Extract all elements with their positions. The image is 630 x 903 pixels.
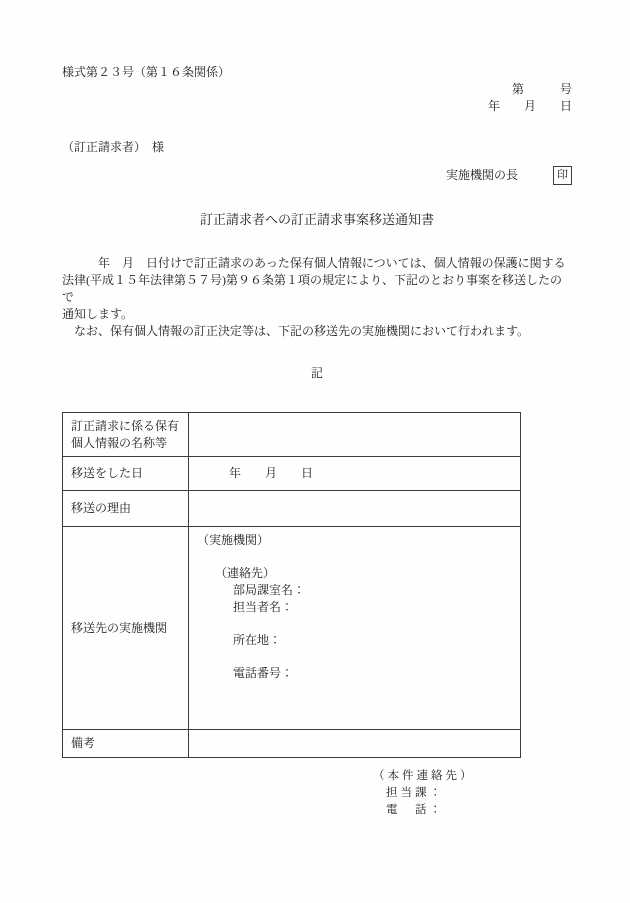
contact-footer: （本件連絡先） 担当課： 電 話： bbox=[373, 768, 572, 819]
body-paragraph: 年 月 日付けで訂正請求のあった保有個人情報については、個人情報の保護に関する … bbox=[62, 255, 572, 340]
agency-line-implementing-org: （実施機関） bbox=[197, 532, 512, 549]
table-row-remarks: 備考 bbox=[63, 730, 521, 758]
body-line: なお、保有個人情報の訂正決定等は、下記の移送先の実施機関において行われます。 bbox=[62, 323, 572, 340]
agency-line-person: 担当者名： bbox=[197, 599, 512, 616]
row-label-transfer-date: 移送をした日 bbox=[63, 457, 189, 491]
row-value-remarks bbox=[189, 730, 521, 758]
row-value-destination-agency: （実施機関） （連絡先） 部局課室名： 担当者名： 所在地： 電話番号： bbox=[189, 527, 521, 730]
table-row-destination-agency: 移送先の実施機関 （実施機関） （連絡先） 部局課室名： 担当者名： 所在地： … bbox=[63, 527, 521, 730]
row-value-info-name bbox=[189, 413, 521, 457]
agency-line-blank bbox=[197, 616, 512, 632]
doc-date: 年 月 日 bbox=[62, 98, 572, 115]
row-label-remarks: 備考 bbox=[63, 730, 189, 758]
contact-header: （本件連絡先） bbox=[373, 768, 572, 785]
row-label-transfer-reason: 移送の理由 bbox=[63, 491, 189, 527]
row-label-info-name: 訂正請求に係る保有個人情報の名称等 bbox=[63, 413, 189, 457]
table-row-transfer-date: 移送をした日 年 月 日 bbox=[63, 457, 521, 491]
contact-department: 担当課： bbox=[386, 785, 572, 802]
page-title: 訂正請求者への訂正請求事案移送通知書 bbox=[62, 211, 572, 228]
agency-line-blank bbox=[197, 649, 512, 665]
issuer-label: 実施機関の長 bbox=[446, 168, 518, 182]
seal-box: 印 bbox=[553, 166, 572, 185]
doc-number: 第 号 bbox=[62, 81, 572, 98]
body-line: 年 月 日付けで訂正請求のあった保有個人情報については、個人情報の保護に関する bbox=[62, 255, 572, 272]
form-number: 様式第２３号（第１６条関係） bbox=[62, 64, 572, 81]
row-label-destination-agency: 移送先の実施機関 bbox=[63, 527, 189, 730]
row-value-transfer-date: 年 月 日 bbox=[189, 457, 521, 491]
document-page: 様式第２３号（第１６条関係） 第 号 年 月 日 （訂正請求者） 様 実施機関の… bbox=[0, 0, 630, 903]
agency-line-department: 部局課室名： bbox=[197, 582, 512, 599]
contact-phone: 電 話： bbox=[386, 802, 572, 819]
addressee: （訂正請求者） 様 bbox=[62, 139, 572, 156]
table-row-transfer-reason: 移送の理由 bbox=[63, 491, 521, 527]
body-line: 通知します。 bbox=[62, 306, 572, 323]
ki-marker: 記 bbox=[62, 365, 572, 382]
agency-line-contact: （連絡先） bbox=[197, 565, 512, 582]
table-row-info-name: 訂正請求に係る保有個人情報の名称等 bbox=[63, 413, 521, 457]
body-line: 法律(平成１５年法律第５７号)第９６条第１項の規定により、下記のとおり事案を移送… bbox=[62, 272, 572, 306]
doc-number-block: 第 号 年 月 日 bbox=[62, 81, 572, 115]
agency-line-address: 所在地： bbox=[197, 632, 512, 649]
row-value-transfer-reason bbox=[189, 491, 521, 527]
issuer-line: 実施機関の長 印 bbox=[62, 165, 572, 184]
agency-line-blank bbox=[197, 549, 512, 565]
agency-line-phone: 電話番号： bbox=[197, 665, 512, 682]
transfer-details-table: 訂正請求に係る保有個人情報の名称等 移送をした日 年 月 日 移送の理由 移送先… bbox=[62, 412, 521, 758]
